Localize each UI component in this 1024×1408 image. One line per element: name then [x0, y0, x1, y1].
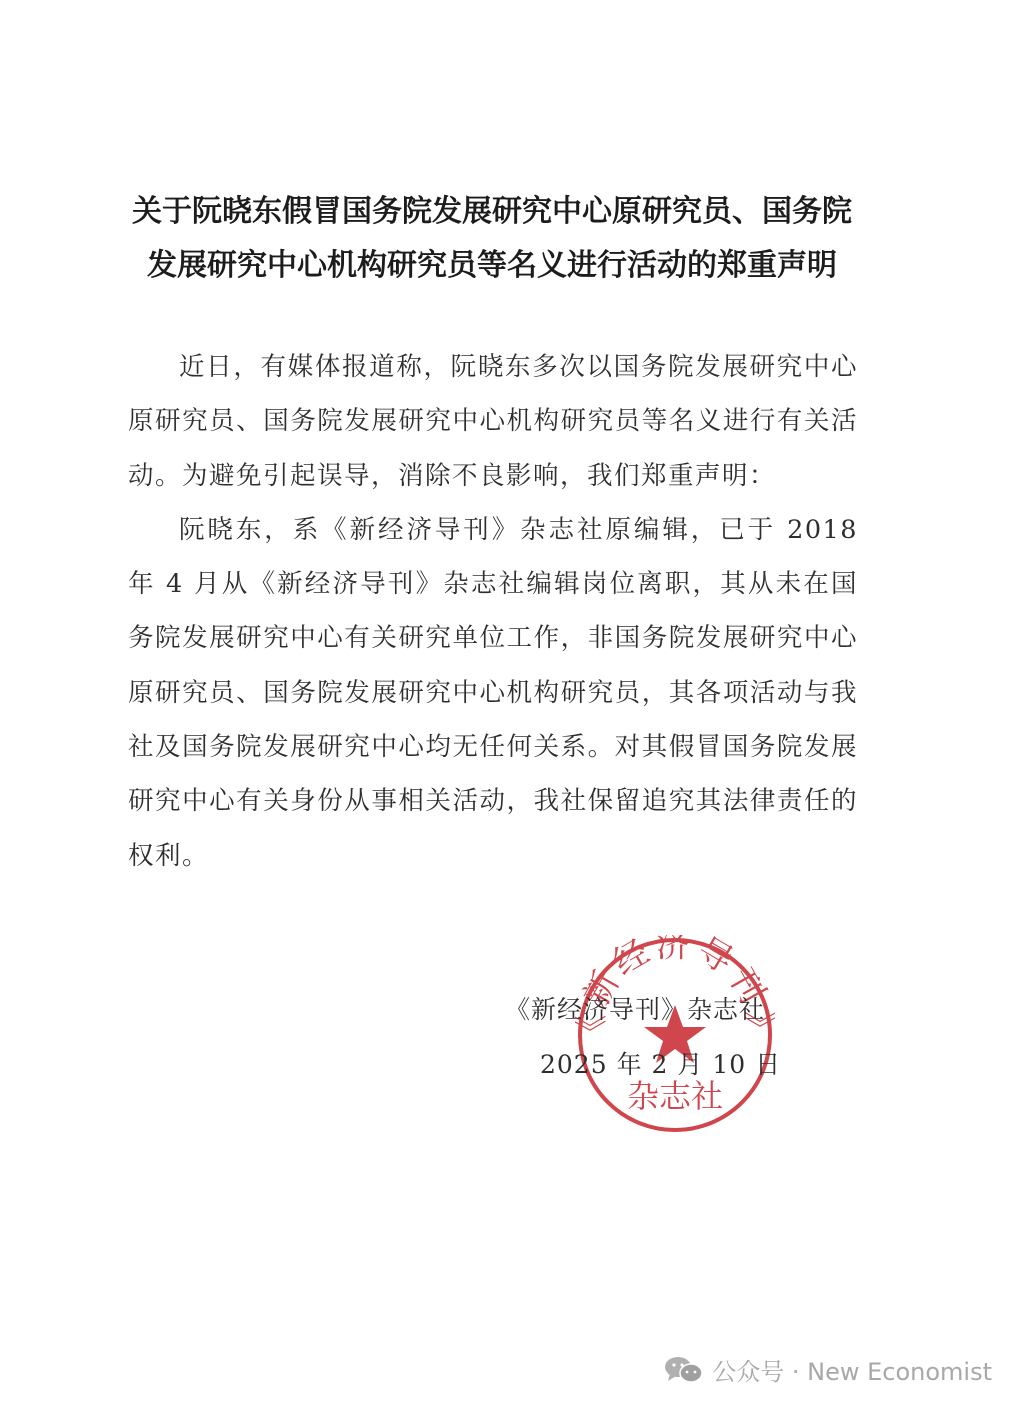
official-seal-icon: 《新经济导刊》 杂志社 [575, 935, 775, 1135]
signature-date: 2025 年 2 月 10 日 [540, 1045, 781, 1081]
document-title-line2: 发展研究中心机构研究员等名义进行活动的郑重声明 [120, 240, 864, 284]
document-title-line1: 关于阮晓东假冒国务院发展研究中心原研究员、国务院 [120, 186, 864, 230]
wechat-icon [664, 1356, 704, 1384]
watermark-text: 公众号 · New Economist [712, 1352, 992, 1387]
document-body: 近日，有媒体报道称，阮晓东多次以国务院发展研究中心原研究员、国务院发展研究中心机… [128, 340, 858, 883]
stamp-bottom-text: 杂志社 [627, 1077, 723, 1115]
watermark: 公众号 · New Economist [664, 1352, 992, 1387]
signature-org: 《新经济导刊》杂志社 [505, 990, 765, 1026]
paragraph-2: 阮晓东，系《新经济导刊》杂志社原编辑，已于 2018 年 4 月从《新经济导刊》… [128, 503, 858, 883]
paragraph-1: 近日，有媒体报道称，阮晓东多次以国务院发展研究中心原研究员、国务院发展研究中心机… [128, 340, 858, 503]
